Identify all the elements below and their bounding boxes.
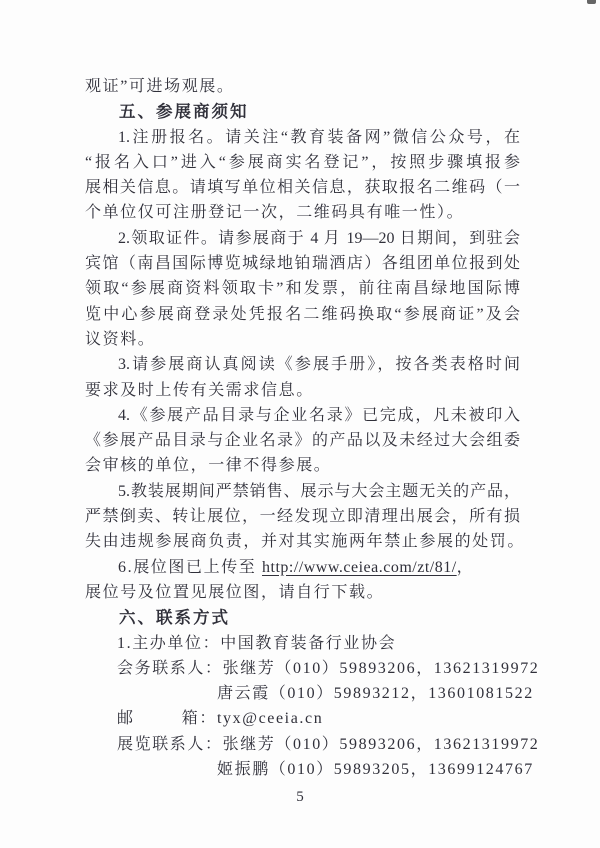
page-number: 5 (0, 789, 600, 806)
text-line: 议资料。 (85, 327, 520, 352)
text-line: 个单位仅可注册登记一次，二维码具有唯一性）。 (85, 200, 520, 225)
text-line: 4.《参展产品目录与企业名录》已完成，凡未被印入 (85, 403, 520, 428)
section-heading-exhibitor-notes: 五、参展商须知 (119, 99, 520, 124)
section-heading-contact: 六、联系方式 (119, 605, 520, 630)
text-line: 展位号及位置见展位图，请自行下载。 (85, 580, 520, 605)
text-line: 览中心参展商登录处凭报名二维码换取“参展商证”及会 (85, 302, 520, 327)
text-line: 姬振鹏（010）59893205，13699124767 (217, 757, 520, 782)
text-line: 宾馆（南昌国际博览城绿地铂瑞酒店）各组团单位报到处 (85, 251, 520, 276)
email-address: tyx@ceeia.cn (217, 710, 323, 727)
text-segment: 6.展位图已上传至 (118, 559, 262, 576)
text-line: 严禁倒卖、转让展位，一经发现立即清理出展会，所有损 (85, 504, 520, 529)
booth-map-url[interactable]: http://www.ceiea.com/zt/81/ (262, 559, 457, 576)
text-line: 会务联系人：张继芳（010）59893206，13621319972 (117, 656, 520, 681)
text-line: 3.请参展商认真阅读《参展手册》，按各类表格时间 (85, 352, 520, 377)
text-line: 2.领取证件。请参展商于 4 月 19—20 日期间，到驻会 (85, 226, 520, 251)
text-line: 1.注册报名。请关注“教育装备网”微信公众号，在 (85, 125, 520, 150)
text-line: 6.展位图已上传至 http://www.ceiea.com/zt/81/， (85, 555, 520, 580)
text-line: 展相关信息。请填写单位相关信息，获取报名二维码（一 (85, 175, 520, 200)
scan-artifact-speck (587, 0, 596, 4)
text-line: 《参展产品目录与企业名录》的产品以及未经过大会组委 (85, 428, 520, 453)
spread-label: 邮箱： (117, 706, 217, 731)
text-segment: ， (457, 559, 475, 576)
text-line: 展览联系人：张继芳（010）59893206，13621319972 (117, 732, 520, 757)
text-line: “报名入口”进入“参展商实名登记”，按照步骤填报参 (85, 150, 520, 175)
text-line: 失由违规参展商负责，并对其实施两年禁止参展的处罚。 (85, 529, 520, 554)
text-line: 观证”可进场观展。 (85, 74, 520, 99)
text-line: 5.教装展期间严禁销售、展示与大会主题无关的产品， (85, 479, 520, 504)
text-line: 唐云霞（010）59893212，13601081522 (217, 681, 520, 706)
text-line: 会审核的单位，一律不得参展。 (85, 453, 520, 478)
text-line: 领取“参展商资料领取卡”和发票，前往南昌绿地国际博 (85, 276, 520, 301)
email-line: 邮箱：tyx@ceeia.cn (117, 706, 520, 731)
document-body: 观证”可进场观展。五、参展商须知1.注册报名。请关注“教育装备网”微信公众号，在… (85, 74, 520, 782)
text-line: 要求及时上传有关需求信息。 (85, 378, 520, 403)
text-line: 1.主办单位：中国教育装备行业协会 (117, 631, 520, 656)
scanned-document-page: 观证”可进场观展。五、参展商须知1.注册报名。请关注“教育装备网”微信公众号，在… (0, 0, 600, 848)
